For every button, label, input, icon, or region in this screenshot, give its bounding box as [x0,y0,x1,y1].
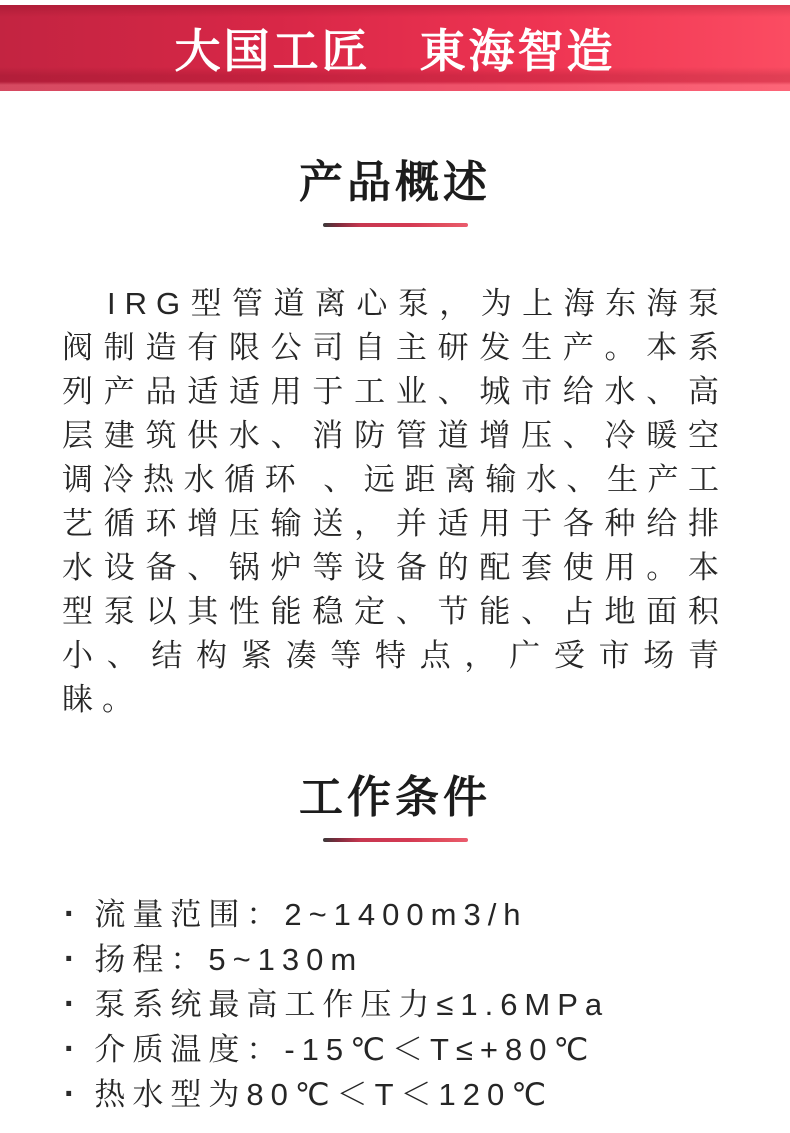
top-banner: 大国工匠 東海智造 [0,5,790,91]
bullet-icon: · [64,937,82,982]
overview-paragraph: IRG型管道离心泵，为上海东海泵阀制造有限公司自主研发生产。本系列产品适适用于工… [62,282,728,722]
list-item: · 介质温度：-15℃＜T≤+80℃ [64,1027,730,1072]
condition-flow-range: 流量范围：2~1400m3/h [94,892,527,937]
condition-hot-water-temp: 热水型为80℃＜T＜120℃ [94,1072,553,1117]
bullet-icon: · [64,892,82,937]
conditions-section-title: 工作条件 [0,772,790,825]
conditions-list: · 流量范围：2~1400m3/h · 扬程：5~130m · 泵系统最高工作压… [0,892,790,1117]
list-item: · 流量范围：2~1400m3/h [64,892,730,937]
conditions-title-underline [323,838,468,842]
list-item: · 扬程：5~130m [64,937,730,982]
bullet-icon: · [64,1027,82,1072]
condition-medium-temp: 介质温度：-15℃＜T≤+80℃ [94,1027,595,1072]
condition-max-pressure: 泵系统最高工作压力≤1.6MPa [94,982,609,1027]
bullet-icon: · [64,982,82,1027]
section-overview: 产品概述 IRG型管道离心泵，为上海东海泵阀制造有限公司自主研发生产。本系列产品… [0,157,790,722]
condition-head-range: 扬程：5~130m [94,937,363,982]
banner-title: 大国工匠 東海智造 [175,15,616,81]
list-item: · 泵系统最高工作压力≤1.6MPa [64,982,730,1027]
section-conditions: 工作条件 · 流量范围：2~1400m3/h · 扬程：5~130m · 泵系统… [0,772,790,1117]
list-item: · 热水型为80℃＜T＜120℃ [64,1072,730,1117]
page-root: 大国工匠 東海智造 产品概述 IRG型管道离心泵，为上海东海泵阀制造有限公司自主… [0,0,790,1133]
overview-section-title: 产品概述 [0,157,790,210]
bullet-icon: · [64,1072,82,1117]
overview-title-underline [323,223,468,227]
